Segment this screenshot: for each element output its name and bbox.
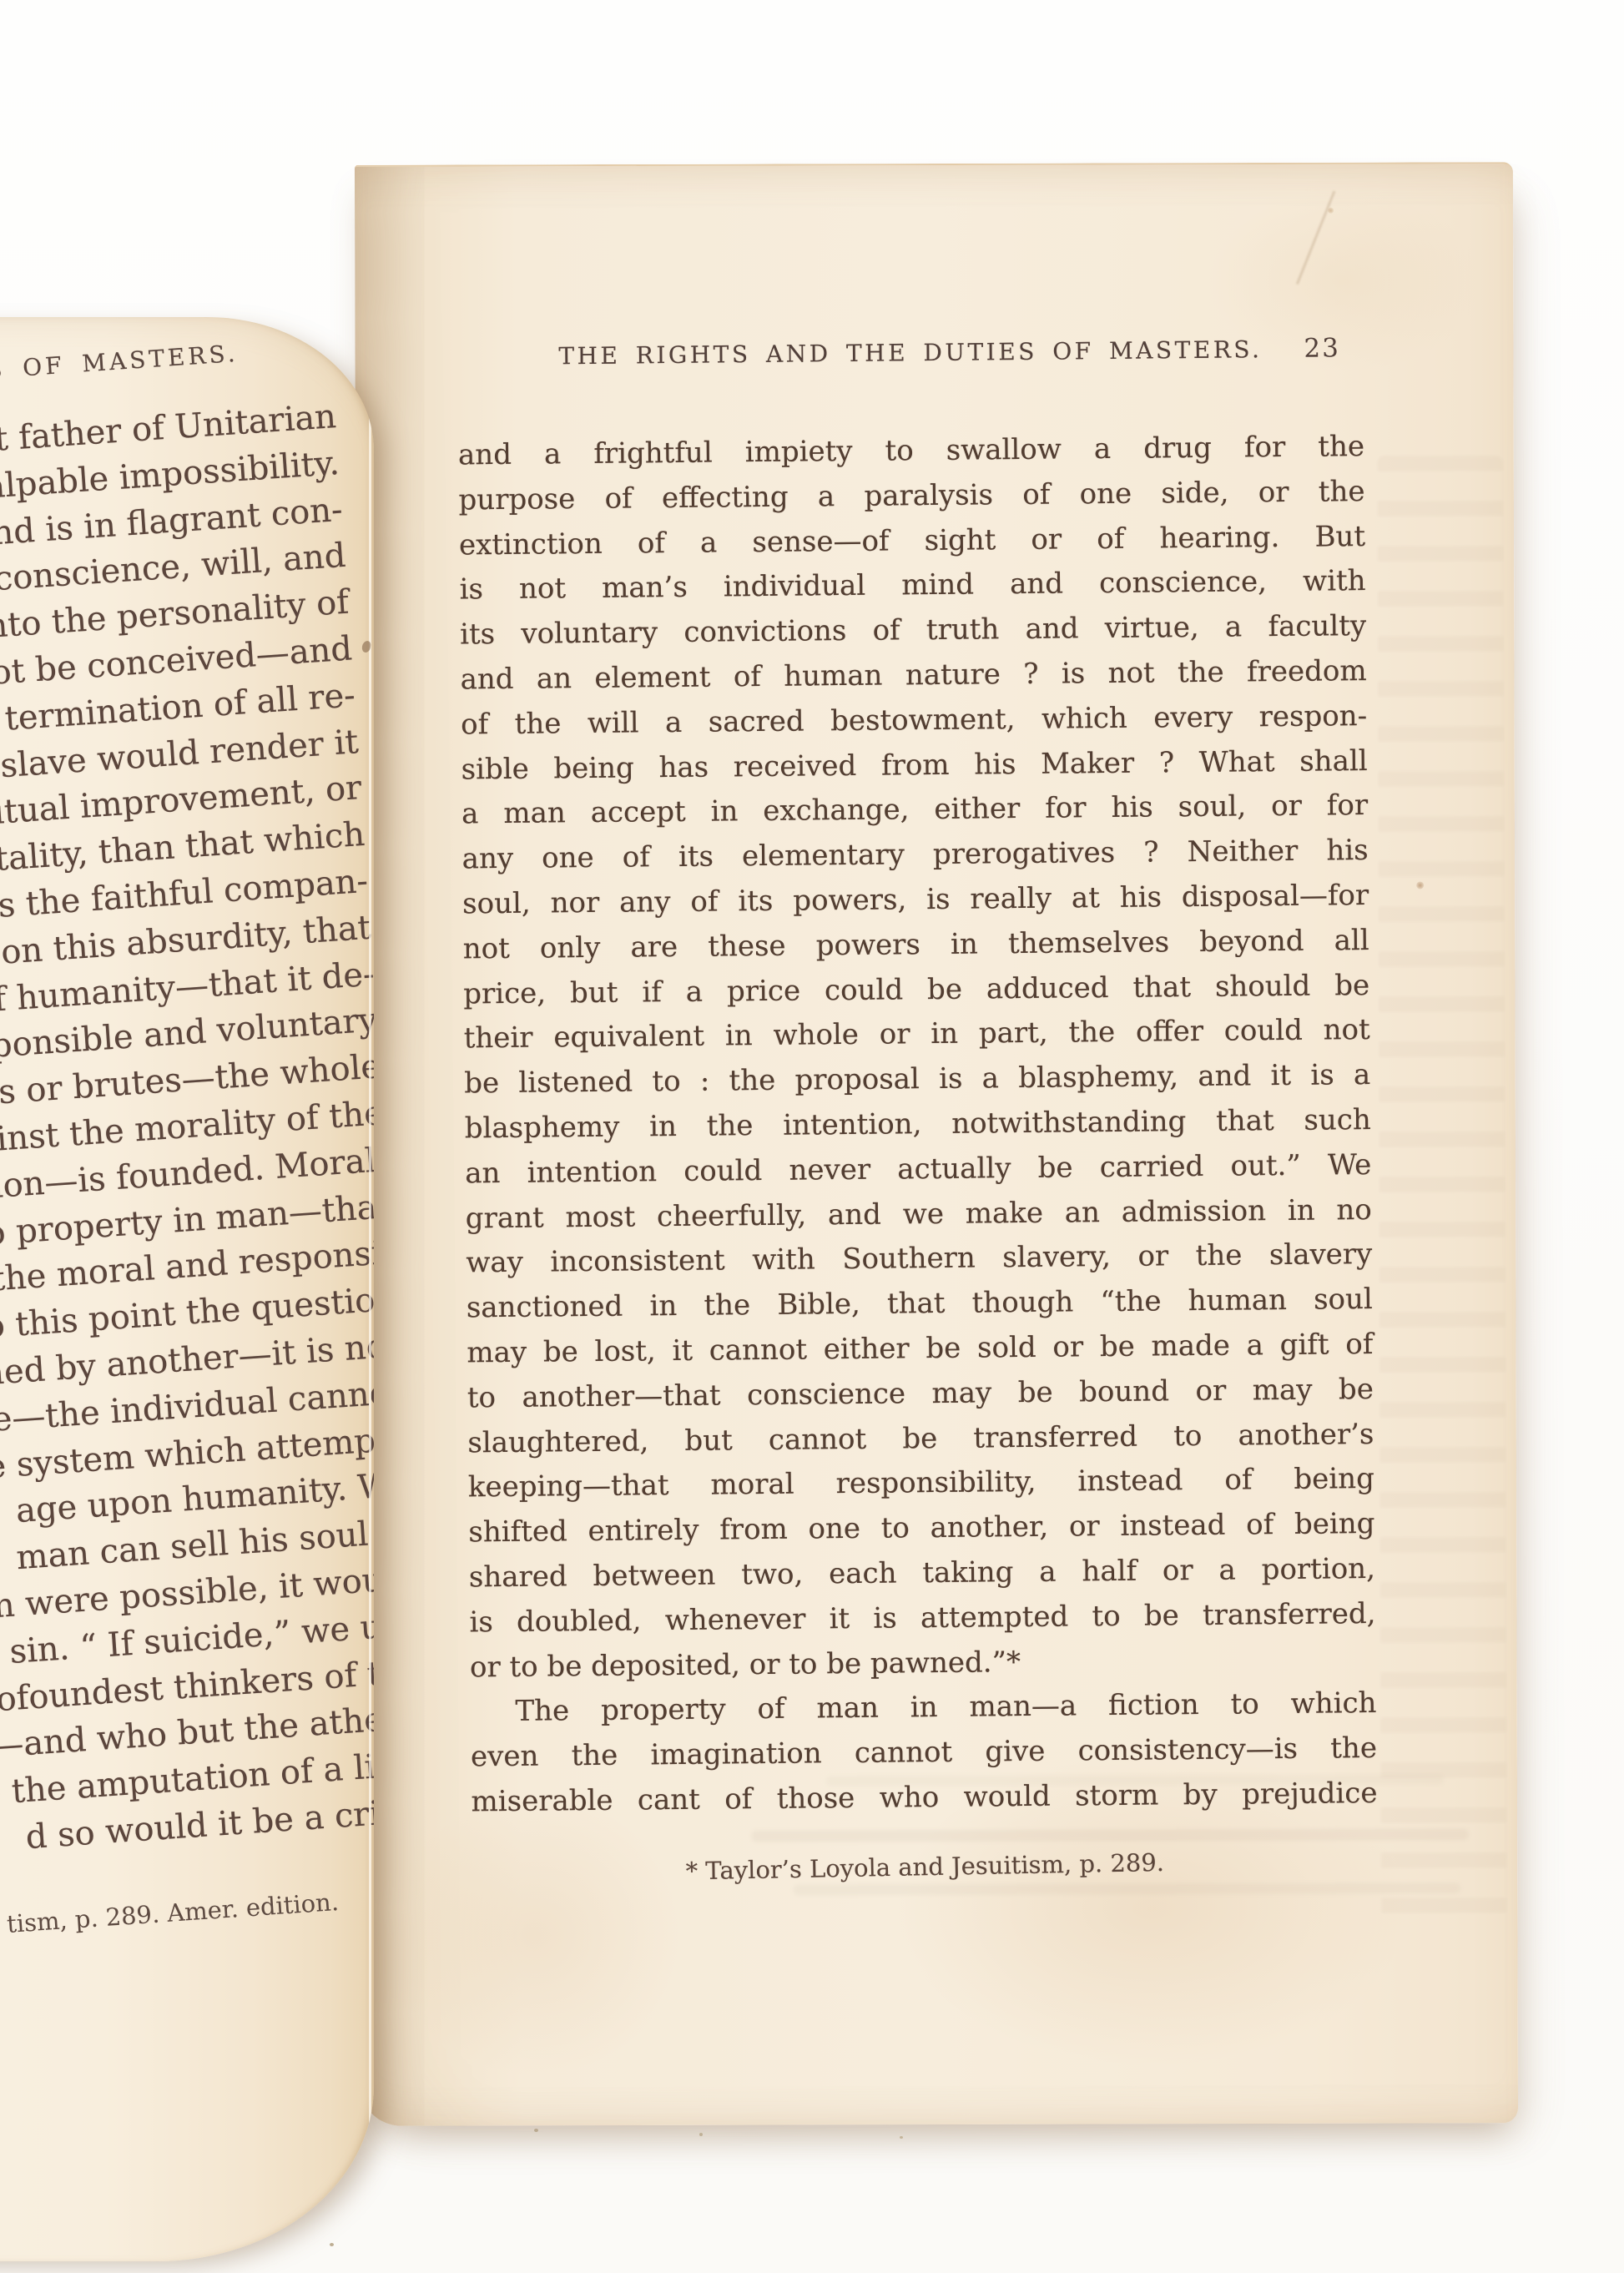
- dust-speck: [900, 2136, 903, 2139]
- text-line: purpose of effecting a paralysis of one …: [458, 470, 1364, 523]
- right-page-text: THE RIGHTS AND THE DUTIES OF MASTERS. 23…: [348, 159, 1525, 2129]
- right-page: THE RIGHTS AND THE DUTIES OF MASTERS. 23…: [355, 162, 1518, 2126]
- text-line: is doubled, whenever it is attempted to …: [469, 1592, 1375, 1646]
- left-page-text: UTIES OF MASTERS. eat father of Unitaria…: [0, 333, 374, 1952]
- text-line: may be lost, it cannot either be sold or…: [467, 1323, 1373, 1376]
- text-line: blasphemy in the intention, notwithstand…: [465, 1098, 1371, 1152]
- footnote: * Taylor’s Loyola and Jesuitism, p. 289.: [472, 1844, 1378, 1889]
- text-line: an intention could never actually be car…: [465, 1143, 1371, 1197]
- left-body-text: eat father of Unitariana palpable imposs…: [0, 394, 374, 1877]
- left-footnote: tism, p. 289. Amer. edition.: [0, 1881, 374, 1953]
- running-head-title: THE RIGHTS AND THE DUTIES OF MASTERS.: [558, 335, 1262, 370]
- dust-speck: [534, 2129, 538, 2132]
- text-line: not only are these powers in themselves …: [462, 919, 1369, 972]
- text-line: miserable cant of those who would storm …: [471, 1772, 1377, 1825]
- text-line: shared between two, each taking a half o…: [469, 1547, 1375, 1600]
- text-line: to another—that conscience may be bound …: [467, 1368, 1374, 1421]
- dust-speck: [699, 2133, 703, 2136]
- text-line: of the will a sacred bestowment, which e…: [461, 694, 1367, 748]
- left-page: UTIES OF MASTERS. eat father of Unitaria…: [0, 317, 374, 2261]
- page-number: 23: [1304, 333, 1340, 363]
- dust-speck: [330, 2243, 334, 2246]
- body-text: and a frightful impiety to swallow a dru…: [458, 425, 1378, 1825]
- running-head: THE RIGHTS AND THE DUTIES OF MASTERS. 23: [457, 335, 1364, 376]
- left-running-head: UTIES OF MASTERS.: [0, 333, 332, 404]
